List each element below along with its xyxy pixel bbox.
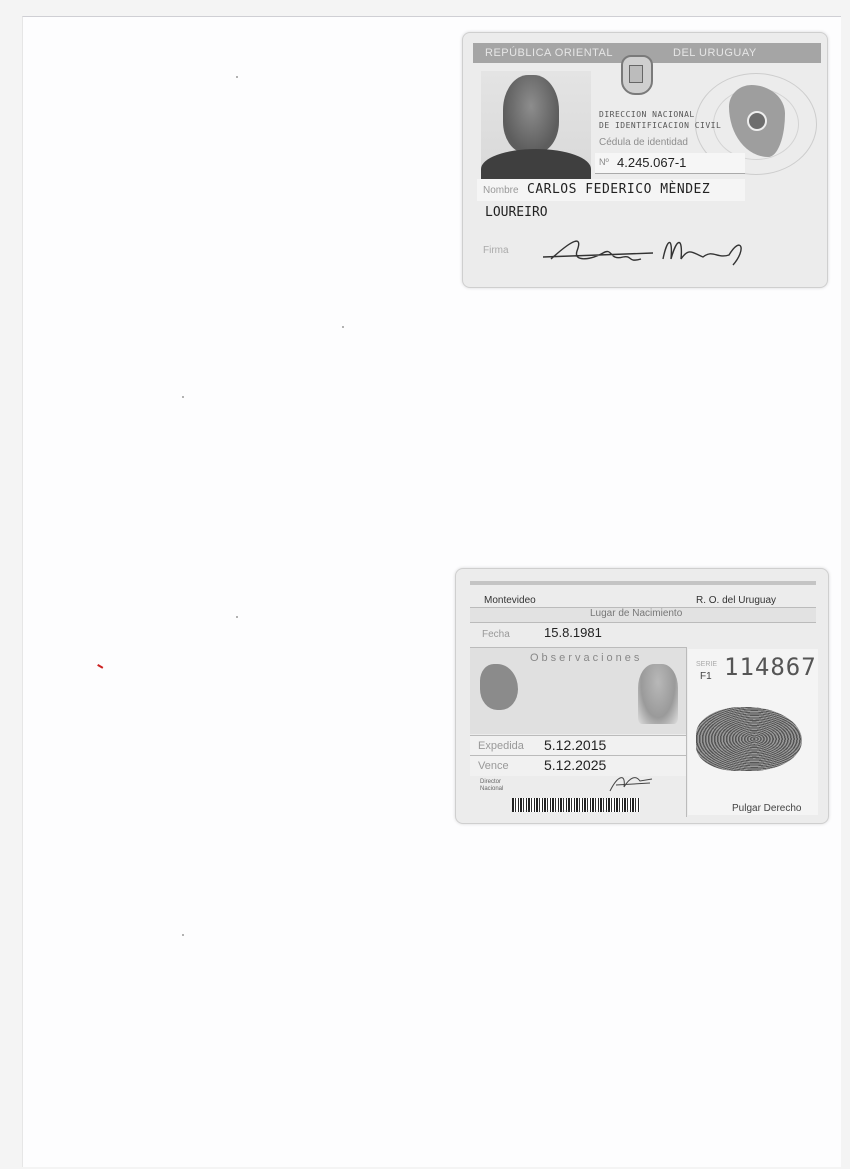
holder-name-line2: LOUREIRO bbox=[485, 205, 548, 220]
thumbprint-image bbox=[696, 707, 802, 771]
uruguay-map-icon bbox=[480, 664, 518, 710]
issuing-agency: DIRECCION NACIONAL DE IDENTIFICACION CIV… bbox=[599, 109, 721, 131]
birth-date-label: Fecha bbox=[482, 629, 510, 640]
scan-speck bbox=[342, 326, 344, 328]
ghost-photo bbox=[638, 664, 678, 724]
birth-city: Montevideo bbox=[484, 595, 536, 606]
holder-photo bbox=[481, 71, 591, 181]
expires-label: Vence bbox=[478, 760, 509, 772]
signature-image bbox=[543, 229, 753, 273]
id-number-label: Nº bbox=[599, 157, 609, 167]
director-label: Director Nacional bbox=[480, 779, 503, 793]
birth-country: R. O. del Uruguay bbox=[696, 595, 776, 606]
serial-series: F1 bbox=[700, 671, 712, 682]
thumbprint-label: Pulgar Derecho bbox=[732, 803, 801, 814]
issued-date: 5.12.2015 bbox=[544, 737, 606, 753]
birthplace-label: Lugar de Nacimiento bbox=[590, 608, 682, 619]
serial-number: 114867 bbox=[724, 653, 817, 681]
issued-label: Expedida bbox=[478, 740, 524, 752]
id-number-row: Nº 4.245.067-1 bbox=[595, 153, 745, 174]
id-card-front: REPÚBLICA ORIENTAL DEL URUGUAY DIRECCION… bbox=[462, 32, 828, 288]
signature-label: Firma bbox=[483, 245, 509, 256]
document-type: Cédula de identidad bbox=[599, 137, 688, 148]
scan-speck bbox=[182, 396, 184, 398]
serial-label: SERIE bbox=[696, 661, 717, 668]
barcode bbox=[512, 798, 640, 812]
holder-name-line1: CARLOS FEDERICO MÈNDEZ bbox=[527, 182, 710, 197]
issued-row: Expedida 5.12.2015 bbox=[470, 735, 686, 756]
id-number: 4.245.067-1 bbox=[617, 155, 686, 170]
observations-box: Observaciones bbox=[470, 647, 686, 734]
director-signature-image bbox=[606, 771, 656, 795]
location-dot-icon bbox=[747, 111, 767, 131]
coat-of-arms-icon bbox=[621, 55, 653, 95]
expires-date: 5.12.2025 bbox=[544, 757, 606, 773]
name-label: Nombre bbox=[483, 185, 519, 196]
scan-speck bbox=[236, 616, 238, 618]
name-row: Nombre CARLOS FEDERICO MÈNDEZ bbox=[477, 179, 745, 201]
birth-date: 15.8.1981 bbox=[544, 625, 602, 640]
banner-left-text: REPÚBLICA ORIENTAL bbox=[485, 43, 613, 63]
id-card-back: Montevideo R. O. del Uruguay Lugar de Na… bbox=[455, 568, 829, 824]
birthplace-row: Lugar de Nacimiento bbox=[470, 607, 816, 623]
scan-speck bbox=[182, 934, 184, 936]
observations-label: Observaciones bbox=[530, 652, 642, 664]
scan-speck bbox=[236, 76, 238, 78]
banner-right-text: DEL URUGUAY bbox=[673, 43, 757, 63]
